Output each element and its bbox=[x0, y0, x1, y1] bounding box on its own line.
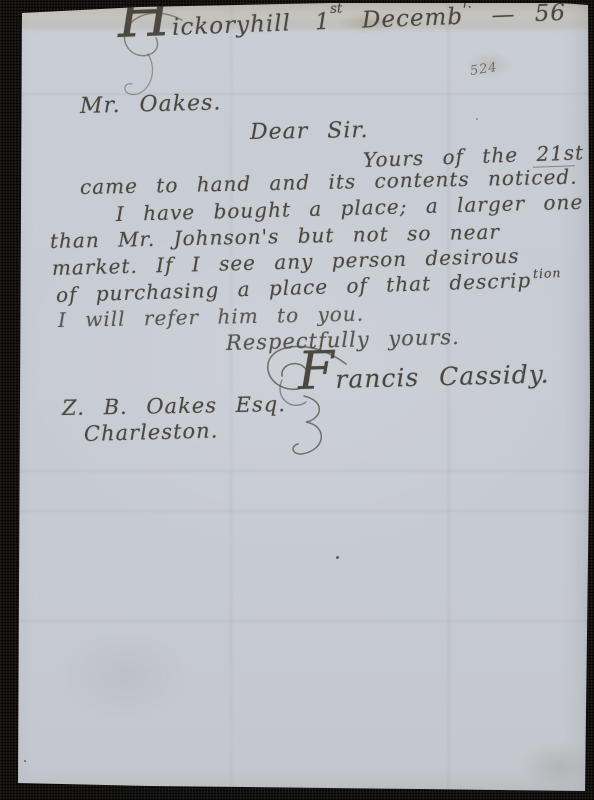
heading-date: 1st Decembr. — 56 bbox=[314, 0, 566, 35]
closing-line: Respectfully yours. bbox=[226, 325, 460, 355]
date-month: Decemb bbox=[362, 4, 464, 34]
pencil-archive-number: 524 bbox=[469, 60, 499, 79]
date-month-suffix: r. bbox=[462, 0, 472, 12]
stain-bottom-right bbox=[520, 742, 594, 790]
date-day-suffix: st bbox=[330, 1, 343, 16]
fold-crease-bottom bbox=[18, 620, 590, 622]
shading-lower-left bbox=[60, 630, 190, 720]
ink-speck bbox=[24, 760, 26, 762]
addressee-city-line: Charleston. bbox=[84, 418, 219, 446]
body-line-7: I will refer him to you. bbox=[58, 302, 365, 332]
fold-crease-lower bbox=[18, 510, 590, 512]
letter-paper: Hickoryhill1st Decembr. — 56 524 Mr. Oak… bbox=[0, 0, 594, 800]
fold-crease-middle bbox=[18, 470, 590, 472]
signature-line: Francis Cassidy. bbox=[298, 359, 550, 395]
date-day: 1 bbox=[314, 9, 331, 36]
ink-speck bbox=[476, 118, 478, 120]
scan-backdrop: Hickoryhill1st Decembr. — 56 524 Mr. Oak… bbox=[0, 0, 594, 800]
ink-speck bbox=[336, 556, 339, 559]
heading-line: Hickoryhill1st Decembr. — 56 bbox=[117, 0, 566, 43]
heading-place: Hickoryhill bbox=[117, 9, 291, 43]
recipient-line: Mr. Oakes. bbox=[80, 90, 222, 119]
date-year: — 56 bbox=[491, 0, 567, 29]
fold-crease-vertical-right bbox=[447, 3, 450, 791]
salutation-line: Dear Sir. bbox=[250, 118, 369, 145]
addressee-name-line: Z. B. Oakes Esq. bbox=[62, 392, 286, 420]
esquire-flourish bbox=[282, 392, 342, 462]
body-line-6-superscript: tion bbox=[533, 265, 562, 281]
